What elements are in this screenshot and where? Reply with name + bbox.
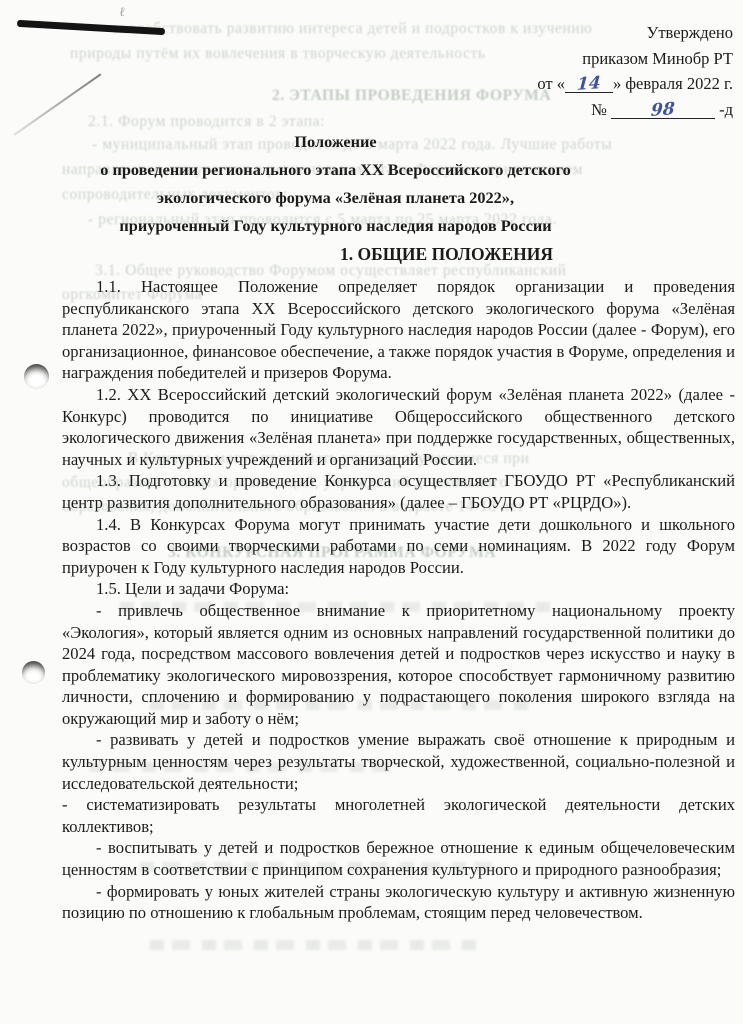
approval-block: Утверждено приказом Минобр РТ от «14» фе… xyxy=(62,20,735,122)
handwritten-number-slot: 98 xyxy=(611,102,715,119)
title-line-1: Положение xyxy=(0,128,672,156)
paragraph: 1.4. В Конкурсах Форума могут принимать … xyxy=(62,514,735,579)
paragraph: - систематизировать результаты многолетн… xyxy=(62,794,735,837)
approval-line-approved: Утверждено xyxy=(62,20,733,46)
paragraph: - воспитывать у детей и подростков береж… xyxy=(62,837,735,880)
hole-punch-top xyxy=(24,364,49,389)
scanned-document-page: способствовать развитию интереса детей и… xyxy=(0,0,743,1024)
handwritten-date-slot: 14 xyxy=(565,76,613,93)
paragraph: 1.1. Настоящее Положение определяет поря… xyxy=(62,276,735,384)
document-title: Положение о проведении регионального эта… xyxy=(0,128,672,240)
approval-date-suffix: » февраля 2022 г. xyxy=(613,74,733,93)
paragraph: - развивать у детей и подростков умение … xyxy=(62,729,735,794)
approval-line-number: № 98 -д xyxy=(62,97,733,123)
title-line-2: о проведении регионального этапа XX Всер… xyxy=(0,156,672,184)
section-heading: 1. ОБЩИЕ ПОЛОЖЕНИЯ xyxy=(110,242,743,266)
section-body: 1.1. Настоящее Положение определяет поря… xyxy=(62,276,735,924)
paragraph: 1.5. Цели и задачи Форума: xyxy=(62,578,735,600)
approval-line-date: от «14» февраля 2022 г. xyxy=(62,71,733,97)
paragraph: - привлечь общественное внимание к приор… xyxy=(62,600,735,730)
bleedthrough-smudge xyxy=(150,940,480,950)
handwritten-number: 98 xyxy=(651,101,676,119)
hole-punch-bottom xyxy=(22,661,45,684)
paragraph: - формировать у юных жителей страны экол… xyxy=(62,881,735,924)
title-line-4: приуроченный Году культурного наследия н… xyxy=(0,212,672,240)
paragraph: 1.2. XX Всероссийский детский экологичес… xyxy=(62,384,735,470)
approval-number-prefix: № xyxy=(591,100,607,119)
approval-number-suffix: -д xyxy=(719,100,733,119)
title-line-3: экологического форума «Зелёная планета 2… xyxy=(0,184,672,212)
approval-date-prefix: от « xyxy=(537,74,565,93)
handwritten-date: 14 xyxy=(577,75,602,93)
approval-line-order: приказом Минобр РТ xyxy=(62,46,733,72)
paragraph: 1.3. Подготовку и проведение Конкурса ос… xyxy=(62,470,735,513)
document-content: Утверждено приказом Минобр РТ от «14» фе… xyxy=(62,0,735,924)
